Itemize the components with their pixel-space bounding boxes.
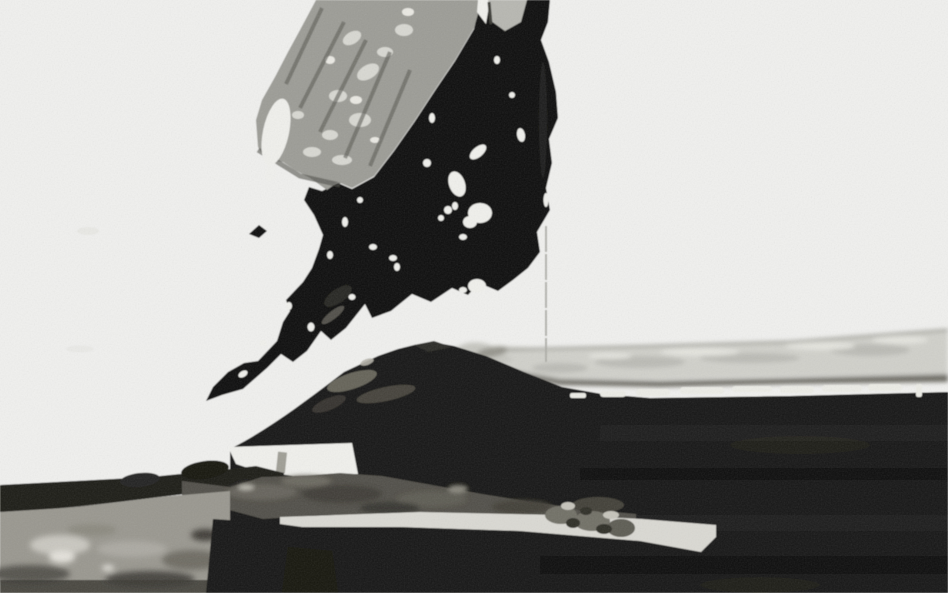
- photograph: [0, 0, 948, 593]
- film-grain-overlay: [0, 0, 948, 593]
- photo-canvas: [0, 0, 948, 593]
